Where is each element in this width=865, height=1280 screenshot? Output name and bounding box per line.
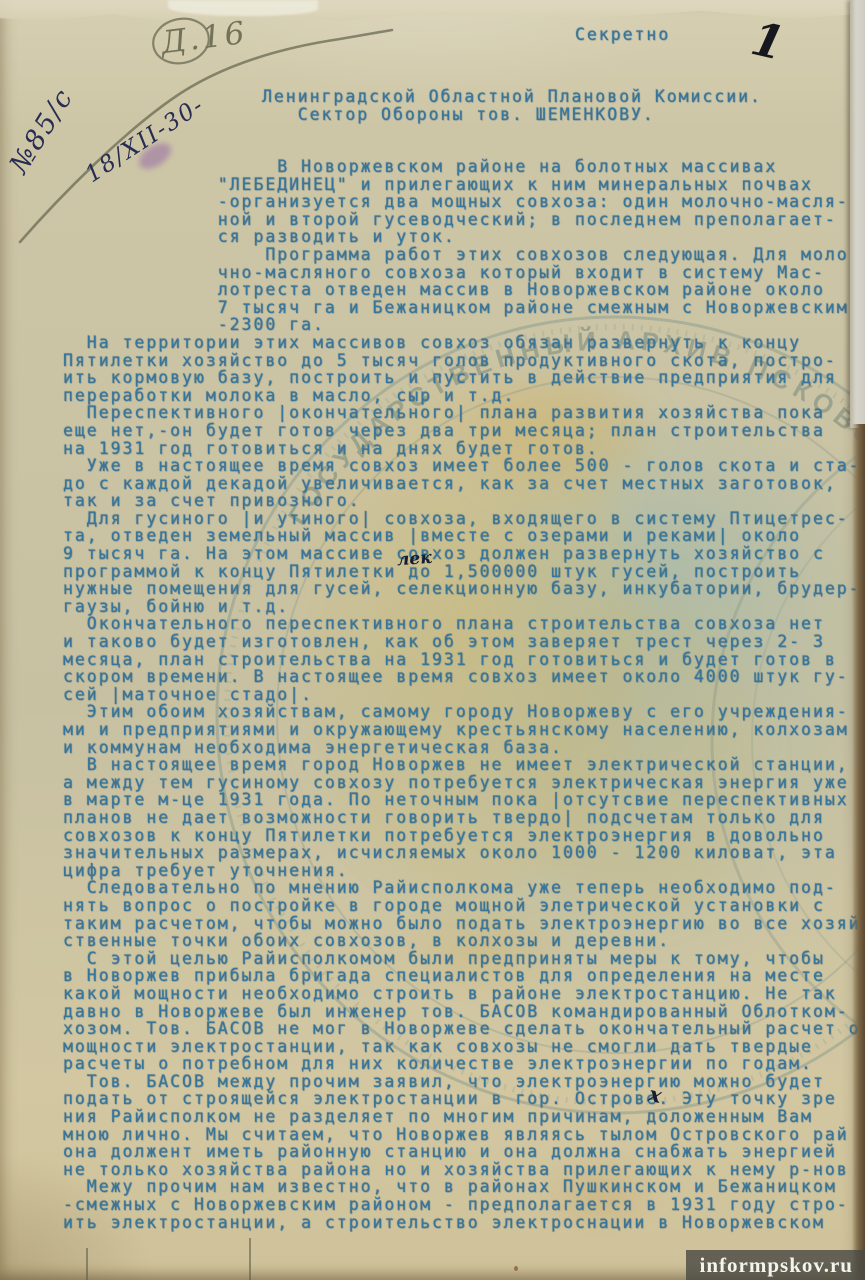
- torn-top-edge: [0, 0, 865, 26]
- handwritten-page-number: 1: [746, 11, 789, 71]
- scanned-document-page: ГОСУДАРСТВЕННЫЙ АРХИВ ПСКОВСКОЙ ОБЛАСТИ …: [0, 0, 865, 1280]
- pencil-dot: [514, 1266, 518, 1271]
- second-sheet-edge: [850, 0, 865, 428]
- dark-photo-edge: [852, 424, 865, 1280]
- handwritten-file-mark: Д.16: [159, 15, 249, 61]
- pencil-tick: [249, 1238, 251, 1280]
- address-block: Ленинградской Областной Плановой Комисси…: [262, 88, 762, 124]
- pencil-tick: [86, 1248, 88, 1280]
- classification-label: Секретно: [575, 25, 670, 44]
- informpskov-watermark: informpskov.ru: [686, 1250, 865, 1280]
- letter-body: В Новоржевском районе на болотных массив…: [63, 158, 861, 1231]
- handwritten-inserted-word: лек: [396, 548, 432, 570]
